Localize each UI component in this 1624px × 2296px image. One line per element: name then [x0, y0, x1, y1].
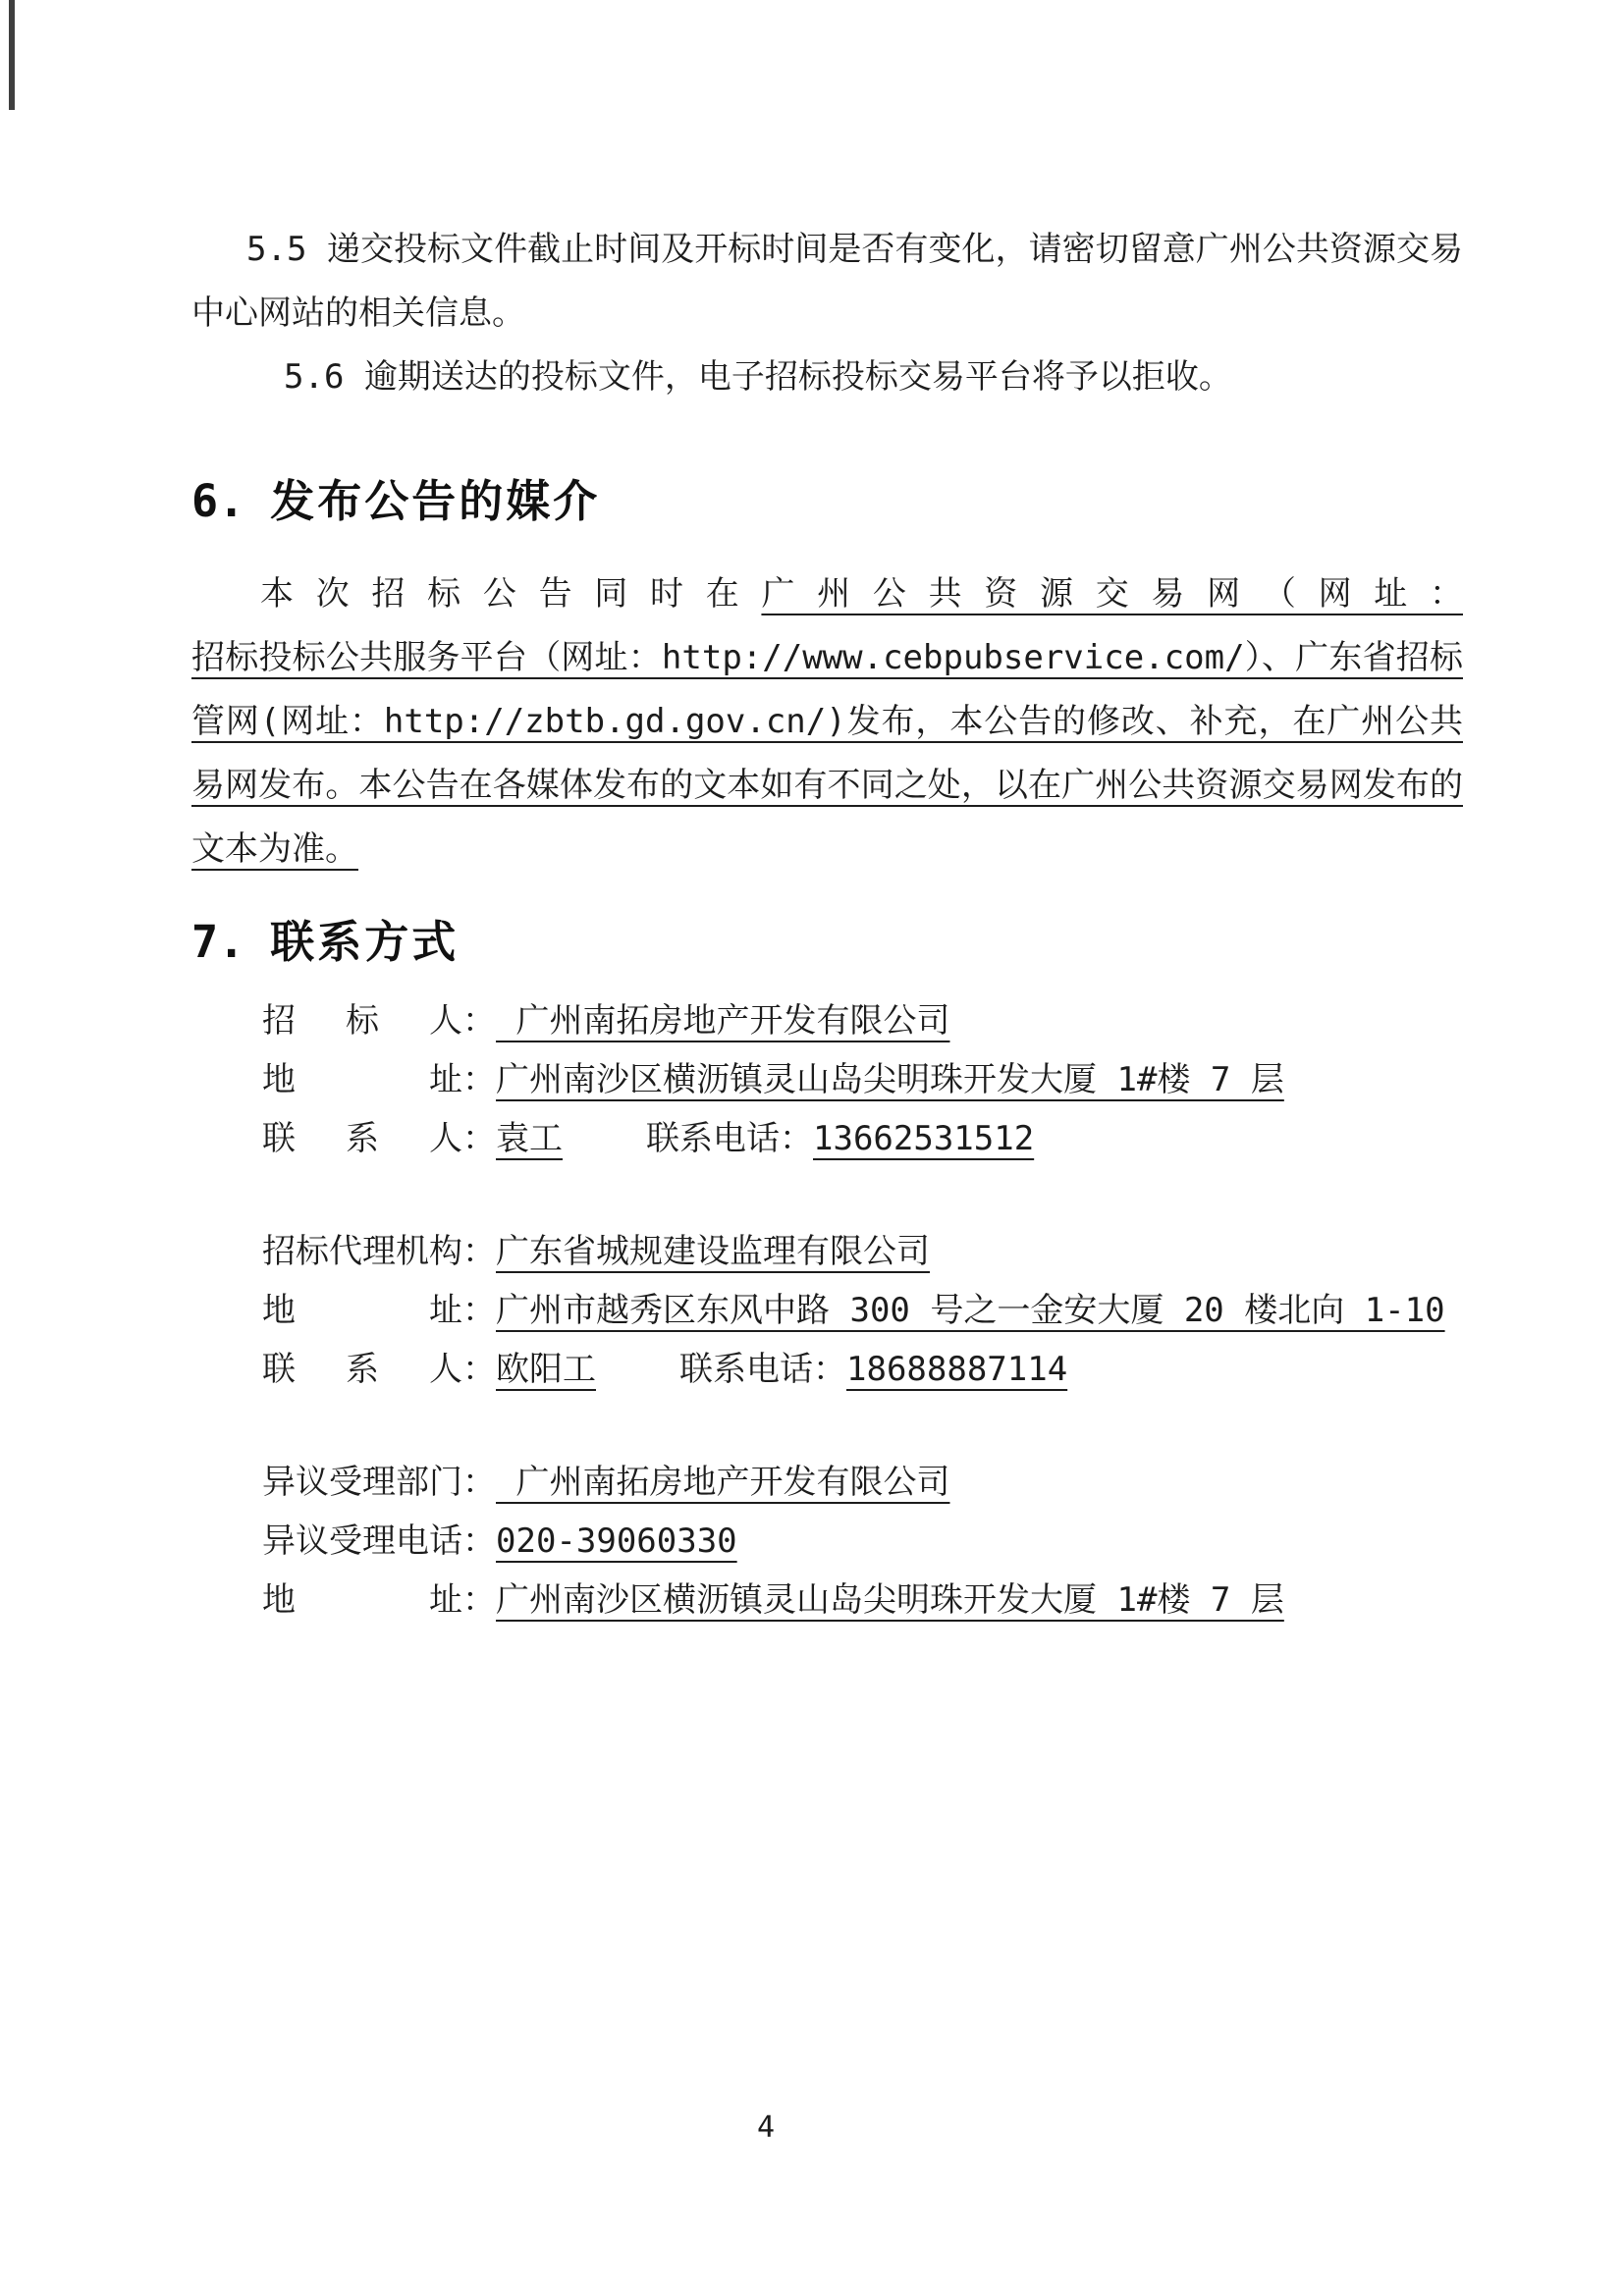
contact-value: 广州南沙区横沥镇灵山岛尖明珠开发大厦 1#楼 7 层 — [496, 1580, 1284, 1620]
text-segment: 5.6 逾期送达的投标文件，电子招标投标交易平台将予以拒收。 — [284, 357, 1232, 397]
underlined-text-segment: 招标投标公共服务平台（网址：http://www.cebpubservice.c… — [191, 638, 1463, 690]
section-6-heading: 6.发布公告的媒介 — [191, 472, 1463, 531]
underlined-text-segment: 管网(网址：http://zbtb.gd.gov.cn/)发布，本公告的修改、补… — [191, 702, 1463, 754]
text-segment: 本次招标公告同时在 — [260, 574, 761, 614]
media-paragraph-line: 易网发布。本公告在各媒体发布的文本如有不同之处，以在广州公共资源交易网发布的 — [191, 754, 1463, 818]
contact-label: 异议受理部门 — [262, 1453, 462, 1512]
contact-row-tenderer-name: 招标人： 广州南拓房地产开发有限公司 — [191, 991, 1463, 1050]
contact-label: 联系人 — [262, 1340, 462, 1399]
contact-value: 广州南拓房地产开发有限公司 — [496, 1463, 949, 1502]
contact-label: 地址 — [262, 1050, 462, 1109]
contact-row-objection-dept: 异议受理部门： 广州南拓房地产开发有限公司 — [191, 1453, 1463, 1512]
section-7-title: 联系方式 — [270, 917, 459, 967]
label-colon: ： — [462, 1453, 496, 1512]
label-colon: ： — [462, 1571, 496, 1629]
label-colon: ： — [462, 1222, 496, 1281]
contact-row-agency-name: 招标代理机构：广东省城规建设监理有限公司 — [191, 1222, 1463, 1281]
document-page: 5.5 递交投标文件截止时间及开标时间是否有变化，请密切留意广州公共资源交易 中… — [0, 0, 1624, 2296]
contact-label: 招标人 — [262, 991, 462, 1050]
contact-row-objection-phone: 异议受理电话：020-39060330 — [191, 1512, 1463, 1571]
section-7-number: 7. — [191, 913, 244, 972]
scan-artifact — [9, 0, 15, 110]
contact-row-agency-address: 地址：广州市越秀区东风中路 300 号之一金安大厦 20 楼北向 1-10 室 — [191, 1281, 1463, 1340]
media-paragraph-line: 本次招标公告同时在广州公共资源交易网（网址：http://www.gzggzy.… — [191, 562, 1463, 626]
section-6-title: 发布公告的媒介 — [270, 476, 600, 526]
label-colon: ： — [462, 1281, 496, 1340]
contact-row-objection-address: 地址：广州南沙区横沥镇灵山岛尖明珠开发大厦 1#楼 7 层 — [191, 1571, 1463, 1629]
contact-label: 异议受理电话 — [262, 1512, 462, 1571]
text-segment: 5.5 递交投标文件截止时间及开标时间是否有变化，请密切留意广州公共资源交易 — [246, 230, 1463, 269]
contact-person-value: 欧阳工 — [496, 1350, 596, 1389]
paragraph-5-6: 5.6 逾期送达的投标文件，电子招标投标交易平台将予以拒收。 — [191, 346, 1463, 409]
label-colon: ： — [462, 1050, 496, 1109]
section-6-number: 6. — [191, 472, 244, 531]
contact-block-agency: 招标代理机构：广东省城规建设监理有限公司 地址：广州市越秀区东风中路 300 号… — [191, 1222, 1463, 1399]
contact-value: 广州南沙区横沥镇灵山岛尖明珠开发大厦 1#楼 7 层 — [496, 1060, 1284, 1099]
phone-value: 18688887114 — [846, 1350, 1067, 1389]
media-paragraph-line: 文本为准。 — [191, 818, 1463, 881]
contact-person-value: 袁工 — [496, 1119, 563, 1158]
contact-row-tenderer-person: 联系人：袁工联系电话：13662531512 — [191, 1109, 1463, 1168]
document-content: 5.5 递交投标文件截止时间及开标时间是否有变化，请密切留意广州公共资源交易 中… — [191, 218, 1463, 1629]
contact-row-tenderer-address: 地址：广州南沙区横沥镇灵山岛尖明珠开发大厦 1#楼 7 层 — [191, 1050, 1463, 1109]
page-number: 4 — [722, 2109, 810, 2148]
label-colon: ： — [462, 1340, 496, 1399]
contact-label: 招标代理机构 — [262, 1222, 462, 1281]
media-paragraph-line: 管网(网址：http://zbtb.gd.gov.cn/)发布，本公告的修改、补… — [191, 690, 1463, 754]
underlined-text-segment: 文本为准。 — [191, 829, 358, 869]
contact-block-objection: 异议受理部门： 广州南拓房地产开发有限公司 异议受理电话：020-3906033… — [191, 1453, 1463, 1629]
label-colon: ： — [462, 991, 496, 1050]
contact-label: 联系人 — [262, 1109, 462, 1168]
media-paragraph: 本次招标公告同时在广州公共资源交易网（网址：http://www.gzggzy.… — [191, 562, 1463, 881]
contact-value: 广州南拓房地产开发有限公司 — [496, 1001, 949, 1041]
phone-value: 13662531512 — [813, 1119, 1034, 1158]
contact-row-agency-person: 联系人：欧阳工联系电话：18688887114 — [191, 1340, 1463, 1399]
section-7-heading: 7.联系方式 — [191, 913, 1463, 972]
paragraph-5-5-line-1: 5.5 递交投标文件截止时间及开标时间是否有变化，请密切留意广州公共资源交易 — [191, 218, 1463, 282]
media-paragraph-line: 招标投标公共服务平台（网址：http://www.cebpubservice.c… — [191, 626, 1463, 690]
label-colon: ： — [462, 1109, 496, 1168]
phone-label: 联系电话： — [679, 1350, 846, 1389]
text-segment: 中心网站的相关信息。 — [191, 294, 525, 333]
label-colon: ： — [462, 1512, 496, 1571]
contact-block-tenderer: 招标人： 广州南拓房地产开发有限公司 地址：广州南沙区横沥镇灵山岛尖明珠开发大厦… — [191, 991, 1463, 1168]
phone-label: 联系电话： — [646, 1119, 813, 1158]
contact-value: 广东省城规建设监理有限公司 — [496, 1232, 930, 1271]
contact-label: 地址 — [262, 1281, 462, 1340]
contact-label: 地址 — [262, 1571, 462, 1629]
underlined-text-segment: 易网发布。本公告在各媒体发布的文本如有不同之处，以在广州公共资源交易网发布的 — [191, 766, 1463, 805]
contact-value: 020-39060330 — [496, 1522, 737, 1561]
paragraph-5-5-line-2: 中心网站的相关信息。 — [191, 282, 1463, 346]
